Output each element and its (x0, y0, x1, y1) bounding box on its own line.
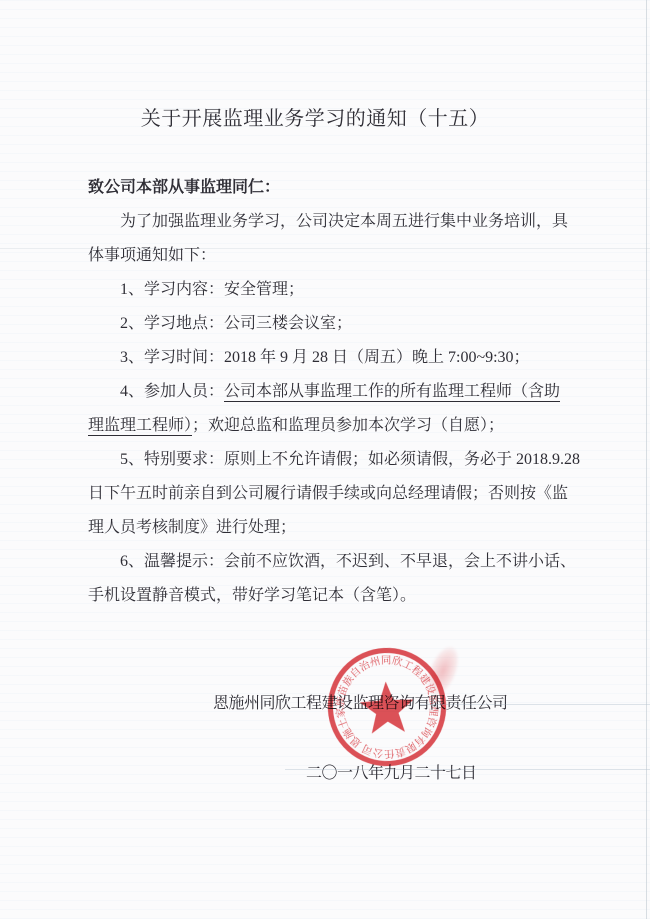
company-seal: 恩施土家族苗族自治州同欣工程建设监理咨询有限责任公司 (318, 638, 457, 777)
salutation: 致公司本部从事监理同仁： (88, 171, 588, 205)
scan-streak (285, 769, 650, 770)
notice-body: 致公司本部从事监理同仁： 为了加强监理业务学习，公司决定本周五进行集中业务培训，… (88, 171, 588, 613)
body-line: 手机设置静音模式，带好学习笔记本（含笔）。 (88, 579, 588, 613)
notice-title: 关于开展监理业务学习的通知（十五） (0, 102, 640, 131)
body-line: 体事项通知如下： (88, 239, 588, 273)
seal-star-icon (359, 680, 415, 734)
underlined-text: 公司本部从事监理工作的所有监理工程师（含助 (224, 383, 560, 402)
body-line: 为了加强监理业务学习，公司决定本周五进行集中业务培训，具 (88, 205, 588, 239)
body-line: 5、特别要求：原则上不允许请假；如必须请假，务必于 2018.9.28 (88, 443, 588, 477)
body-line: 6、温馨提示：会前不应饮酒，不迟到、不早退，会上不讲小话、 (88, 545, 588, 579)
body-line: 4、参加人员：公司本部从事监理工作的所有监理工程师（含助 (88, 375, 588, 409)
body-line: 理人员考核制度》进行处理； (88, 511, 588, 545)
body-line: 理监理工程师）；欢迎总监和监理员参加本次学习（自愿）； (88, 409, 588, 443)
body-line: 日下午五时前亲自到公司履行请假手续或向总经理请假；否则按《监 (88, 477, 588, 511)
body-line: 1、学习内容：安全管理； (88, 273, 588, 307)
underlined-text: 理监理工程师） (88, 417, 192, 436)
paper-edge-shadow (646, 0, 647, 919)
scanned-document-page: 关于开展监理业务学习的通知（十五） 致公司本部从事监理同仁： 为了加强监理业务学… (0, 0, 650, 919)
body-line: 3、学习时间：2018 年 9 月 28 日（周五）晚上 7:00~9:30； (88, 341, 588, 375)
scan-streak (420, 704, 650, 705)
body-line: 2、学习地点：公司三楼会议室； (88, 307, 588, 341)
body-text-segment: ；欢迎总监和监理员参加本次学习（自愿）； (192, 417, 504, 434)
body-text-segment: 4、参加人员： (120, 383, 224, 400)
